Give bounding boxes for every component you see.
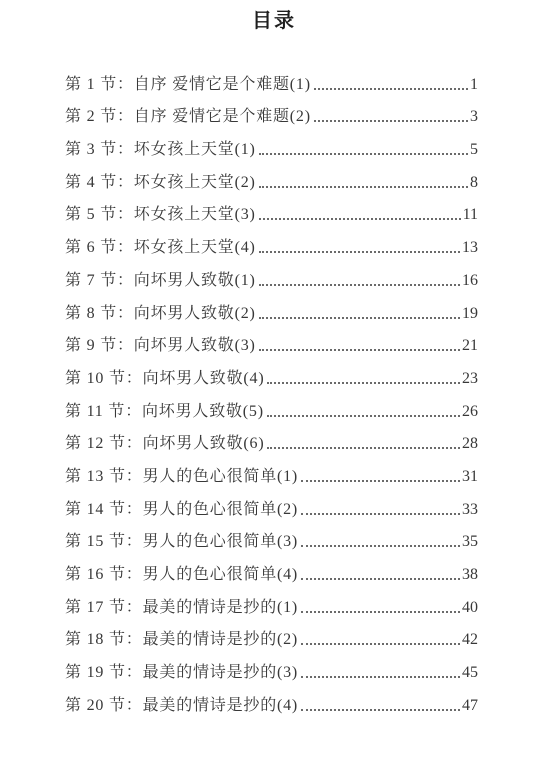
toc-entry-page: 28 [462, 435, 478, 453]
toc-entry[interactable]: 第 15 节：男人的色心很简单(3)35 [65, 519, 478, 552]
toc-entry-page: 21 [462, 337, 478, 355]
toc-entry-page: 1 [470, 76, 478, 94]
toc-entry-page: 47 [462, 697, 478, 715]
dotted-leader [301, 513, 460, 515]
toc-entry-page: 42 [462, 631, 478, 649]
dotted-leader [301, 643, 460, 645]
toc-entry[interactable]: 第 8 节：向坏男人致敬(2)19 [65, 290, 478, 323]
toc-entry-page: 13 [462, 239, 478, 257]
dotted-leader [259, 153, 468, 155]
toc-entry-page: 40 [462, 599, 478, 617]
toc-entry[interactable]: 第 12 节：向坏男人致敬(6)28 [65, 421, 478, 454]
toc-list: 第 1 节：自序 爱情它是个难题(1)1第 2 节：自序 爱情它是个难题(2)3… [65, 61, 478, 715]
toc-entry-page: 16 [462, 272, 478, 290]
dotted-leader [301, 480, 460, 482]
toc-entry-page: 31 [462, 468, 478, 486]
dotted-leader [301, 578, 460, 580]
toc-entry-label: 第 1 节：自序 爱情它是个难题(1) [65, 76, 311, 94]
toc-entry-label: 第 13 节：男人的色心很简单(1) [65, 468, 298, 486]
dotted-leader [259, 284, 460, 286]
toc-entry-label: 第 8 节：向坏男人致敬(2) [65, 305, 256, 323]
toc-entry-page: 19 [462, 305, 478, 323]
dotted-leader [259, 251, 460, 253]
toc-entry-label: 第 14 节：男人的色心很简单(2) [65, 501, 298, 519]
dotted-leader [267, 447, 460, 449]
toc-entry[interactable]: 第 6 节：坏女孩上天堂(4)13 [65, 224, 478, 257]
toc-entry-label: 第 19 节：最美的情诗是抄的(3) [65, 664, 298, 682]
toc-entry-label: 第 2 节：自序 爱情它是个难题(2) [65, 108, 311, 126]
toc-entry-page: 35 [462, 533, 478, 551]
toc-entry-label: 第 6 节：坏女孩上天堂(4) [65, 239, 256, 257]
toc-entry[interactable]: 第 9 节：向坏男人致敬(3)21 [65, 323, 478, 356]
toc-entry-page: 45 [462, 664, 478, 682]
toc-entry-page: 26 [462, 403, 478, 421]
toc-entry-label: 第 16 节：男人的色心很简单(4) [65, 566, 298, 584]
toc-entry-label: 第 7 节：向坏男人致敬(1) [65, 272, 256, 290]
toc-entry-label: 第 20 节：最美的情诗是抄的(4) [65, 697, 298, 715]
toc-entry-label: 第 9 节：向坏男人致敬(3) [65, 337, 256, 355]
toc-entry[interactable]: 第 19 节：最美的情诗是抄的(3)45 [65, 649, 478, 682]
page-title: 目录 [0, 10, 548, 32]
dotted-leader [259, 317, 460, 319]
dotted-leader [301, 611, 460, 613]
toc-entry[interactable]: 第 16 节：男人的色心很简单(4)38 [65, 551, 478, 584]
toc-entry-label: 第 18 节：最美的情诗是抄的(2) [65, 631, 298, 649]
dotted-leader [267, 382, 460, 384]
toc-entry[interactable]: 第 1 节：自序 爱情它是个难题(1)1 [65, 61, 478, 94]
toc-entry-label: 第 11 节：向坏男人致敬(5) [65, 403, 264, 421]
toc-entry[interactable]: 第 20 节：最美的情诗是抄的(4)47 [65, 682, 478, 715]
dotted-leader [301, 709, 460, 711]
dotted-leader [259, 218, 461, 220]
toc-entry[interactable]: 第 2 节：自序 爱情它是个难题(2)3 [65, 94, 478, 127]
toc-entry[interactable]: 第 3 节：坏女孩上天堂(1)5 [65, 126, 478, 159]
dotted-leader [301, 545, 460, 547]
toc-entry-page: 8 [470, 174, 478, 192]
toc-entry-page: 3 [470, 108, 478, 126]
toc-entry[interactable]: 第 11 节：向坏男人致敬(5)26 [65, 388, 478, 421]
dotted-leader [267, 415, 460, 417]
toc-entry-page: 38 [462, 566, 478, 584]
toc-entry-label: 第 3 节：坏女孩上天堂(1) [65, 141, 256, 159]
toc-entry[interactable]: 第 18 节：最美的情诗是抄的(2)42 [65, 617, 478, 650]
toc-entry[interactable]: 第 5 节：坏女孩上天堂(3)11 [65, 192, 478, 225]
toc-entry-page: 23 [462, 370, 478, 388]
dotted-leader [259, 186, 468, 188]
toc-entry[interactable]: 第 13 节：男人的色心很简单(1)31 [65, 453, 478, 486]
toc-entry-label: 第 10 节：向坏男人致敬(4) [65, 370, 264, 388]
toc-entry-label: 第 5 节：坏女孩上天堂(3) [65, 206, 256, 224]
toc-entry-label: 第 4 节：坏女孩上天堂(2) [65, 174, 256, 192]
dotted-leader [259, 349, 460, 351]
dotted-leader [301, 676, 460, 678]
toc-entry-page: 11 [463, 206, 478, 224]
toc-entry-label: 第 12 节：向坏男人致敬(6) [65, 435, 264, 453]
toc-entry[interactable]: 第 14 节：男人的色心很简单(2)33 [65, 486, 478, 519]
toc-entry[interactable]: 第 7 节：向坏男人致敬(1)16 [65, 257, 478, 290]
toc-entry-page: 5 [470, 141, 478, 159]
toc-entry-label: 第 15 节：男人的色心很简单(3) [65, 533, 298, 551]
toc-entry-label: 第 17 节：最美的情诗是抄的(1) [65, 599, 298, 617]
toc-entry[interactable]: 第 17 节：最美的情诗是抄的(1)40 [65, 584, 478, 617]
toc-entry-page: 33 [462, 501, 478, 519]
dotted-leader [314, 120, 468, 122]
dotted-leader [314, 88, 468, 90]
toc-entry[interactable]: 第 10 节：向坏男人致敬(4)23 [65, 355, 478, 388]
toc-entry[interactable]: 第 4 节：坏女孩上天堂(2)8 [65, 159, 478, 192]
